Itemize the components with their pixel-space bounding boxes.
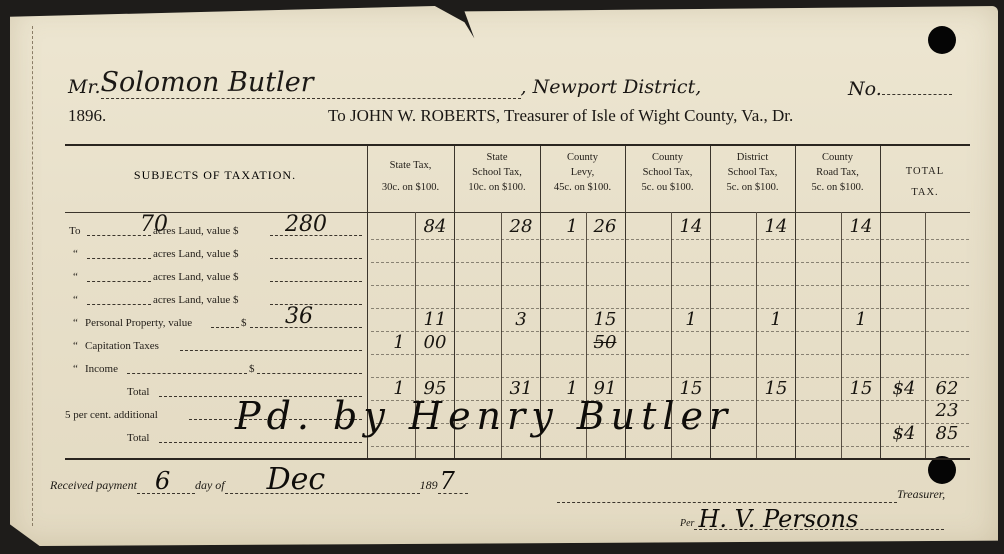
subjects-header: SUBJECTS OF TAXATION.: [65, 168, 365, 183]
additional-cents: 23: [929, 400, 965, 421]
col-county-levy: County Levy, 45c. on $100.: [540, 150, 625, 195]
row-label: acres Land, value $: [153, 294, 239, 306]
payment-month: Dec: [267, 462, 326, 497]
leader-dots: [211, 327, 239, 328]
county-road-cents: 15: [845, 378, 877, 399]
county-school-cents: 1: [675, 309, 707, 330]
value-blank: [257, 373, 362, 374]
row-prefix: “: [73, 317, 78, 329]
col-title: State Tax,: [367, 158, 454, 173]
tax-year: 1896.: [68, 106, 106, 126]
row-land-4: “ acres Land, value $: [65, 287, 365, 309]
deputy-signature: H. V. Persons: [698, 505, 858, 533]
district-school-cents: 15: [760, 378, 792, 399]
punch-hole-bottom: [928, 456, 956, 484]
row-prefix: “: [73, 363, 78, 375]
col-title: County Road Tax,: [795, 150, 880, 180]
col-county-school-tax: County School Tax, 5c. ou $100.: [625, 150, 710, 195]
row-label: Income: [85, 363, 118, 375]
payment-day: 6: [155, 467, 170, 495]
row-label: Total: [127, 386, 149, 398]
perforated-edge: [32, 26, 33, 526]
col-district-school-tax: District School Tax, 5c. on $100.: [710, 150, 795, 195]
row-income: “ Income $: [65, 356, 365, 378]
number-label: No.: [848, 78, 882, 100]
row-prefix: “: [73, 294, 78, 306]
state-school-cents: 28: [505, 216, 537, 237]
col-state-tax: State Tax, 30c. on $100.: [367, 158, 454, 195]
grand-total-dollars: $4: [885, 423, 923, 444]
row-prefix: To: [69, 225, 80, 237]
col-rate: TAX.: [880, 185, 970, 200]
treasurer-label: Treasurer,: [897, 487, 945, 501]
row-prefix: “: [73, 271, 78, 283]
acres-blank: [87, 258, 151, 259]
receipt-number: No.: [848, 78, 952, 100]
county-levy-cents: 15: [589, 309, 621, 330]
land-value: 280: [285, 212, 327, 237]
state-tax-cents: 11: [419, 309, 451, 330]
col-rate: 45c. on $100.: [540, 180, 625, 195]
number-value: [882, 94, 952, 95]
county-road-cents: 14: [845, 216, 877, 237]
grand-total-cents: 85: [929, 423, 965, 444]
row-prefix: “: [73, 340, 78, 352]
value-blank: [270, 304, 362, 305]
year-suffix: 7: [440, 467, 455, 495]
state-tax-cents: 84: [419, 216, 451, 237]
acres-blank: [87, 281, 151, 282]
county-road-cents: 1: [845, 309, 877, 330]
col-rate: 10c. on $100.: [454, 180, 540, 195]
tax-receipt: Mr.Solomon Butler , Newport District, No…: [10, 6, 998, 546]
row-label: acres Land, value $: [153, 271, 239, 283]
row-label: 5 per cent. additional: [65, 409, 158, 421]
value-blank: [270, 258, 362, 259]
col-total-tax: TOTAL TAX.: [880, 164, 970, 200]
district: , Newport District,: [521, 76, 702, 98]
row-capitation-taxes: “ Capitation Taxes: [65, 333, 365, 355]
treasurer-line: To JOHN W. ROBERTS, Treasurer of Isle of…: [328, 106, 793, 126]
state-tax-dollars: 1: [387, 332, 411, 353]
col-rate: 5c. on $100.: [710, 180, 795, 195]
per-label: Per: [680, 518, 694, 529]
col-title: County School Tax,: [625, 150, 710, 180]
county-levy-cents: 50: [589, 332, 621, 353]
col-title: TOTAL: [880, 164, 970, 179]
taxation-table: SUBJECTS OF TAXATION. State Tax, 30c. on…: [65, 144, 970, 460]
leader-dots: [127, 373, 247, 374]
col-rate: 5c. ou $100.: [625, 180, 710, 195]
day-of-label: day of: [195, 478, 225, 492]
punch-hole-top: [928, 26, 956, 54]
value-blank: [270, 281, 362, 282]
county-levy-cents: 26: [589, 216, 621, 237]
state-school-cents: 3: [505, 309, 537, 330]
district-school-cents: 1: [760, 309, 792, 330]
acres-value: 70: [140, 212, 168, 237]
leader-dots: [159, 442, 362, 443]
acres-blank: [87, 304, 151, 305]
row-label: Total: [127, 432, 149, 444]
col-title: District School Tax,: [710, 150, 795, 180]
taxpayer-name: Solomon Butler: [101, 67, 314, 98]
total-dollars: $4: [885, 378, 923, 399]
received-label: Received payment: [50, 478, 137, 492]
row-land-2: “ acres Land, value $: [65, 241, 365, 263]
treasurer-signature-line: Treasurer,: [557, 487, 945, 503]
col-state-school-tax: State School Tax, 10c. on $100.: [454, 150, 540, 195]
personal-property-value: 36: [285, 304, 313, 329]
col-rate: 5c. on $100.: [795, 180, 880, 195]
salutation: Mr.: [68, 76, 101, 98]
row-land-3: “ acres Land, value $: [65, 264, 365, 286]
total-cents: 62: [929, 378, 965, 399]
col-county-road-tax: County Road Tax, 5c. on $100.: [795, 150, 880, 195]
state-tax-cents: 00: [419, 332, 451, 353]
district-school-cents: 14: [760, 216, 792, 237]
row-label: Personal Property, value: [85, 317, 192, 329]
taxpayer-line: Mr.Solomon Butler , Newport District,: [68, 76, 701, 99]
col-title: County Levy,: [540, 150, 625, 180]
per-signature-line: PerH. V. Persons: [680, 518, 944, 530]
row-label: acres Land, value $: [153, 248, 239, 260]
county-school-cents: 14: [675, 216, 707, 237]
col-title: State School Tax,: [454, 150, 540, 180]
col-rate: 30c. on $100.: [367, 180, 454, 195]
row-personal-property: “ Personal Property, value $: [65, 310, 365, 332]
county-levy-dollars: 1: [560, 216, 584, 237]
paid-by-note: Pd. by Henry Butler: [235, 394, 733, 438]
row-prefix: “: [73, 248, 78, 260]
leader-dots: [180, 350, 362, 351]
year-prefix: 189: [420, 478, 438, 492]
row-label: Capitation Taxes: [85, 340, 159, 352]
payment-received-line: Received payment6 day ofDec 1897: [50, 478, 468, 494]
